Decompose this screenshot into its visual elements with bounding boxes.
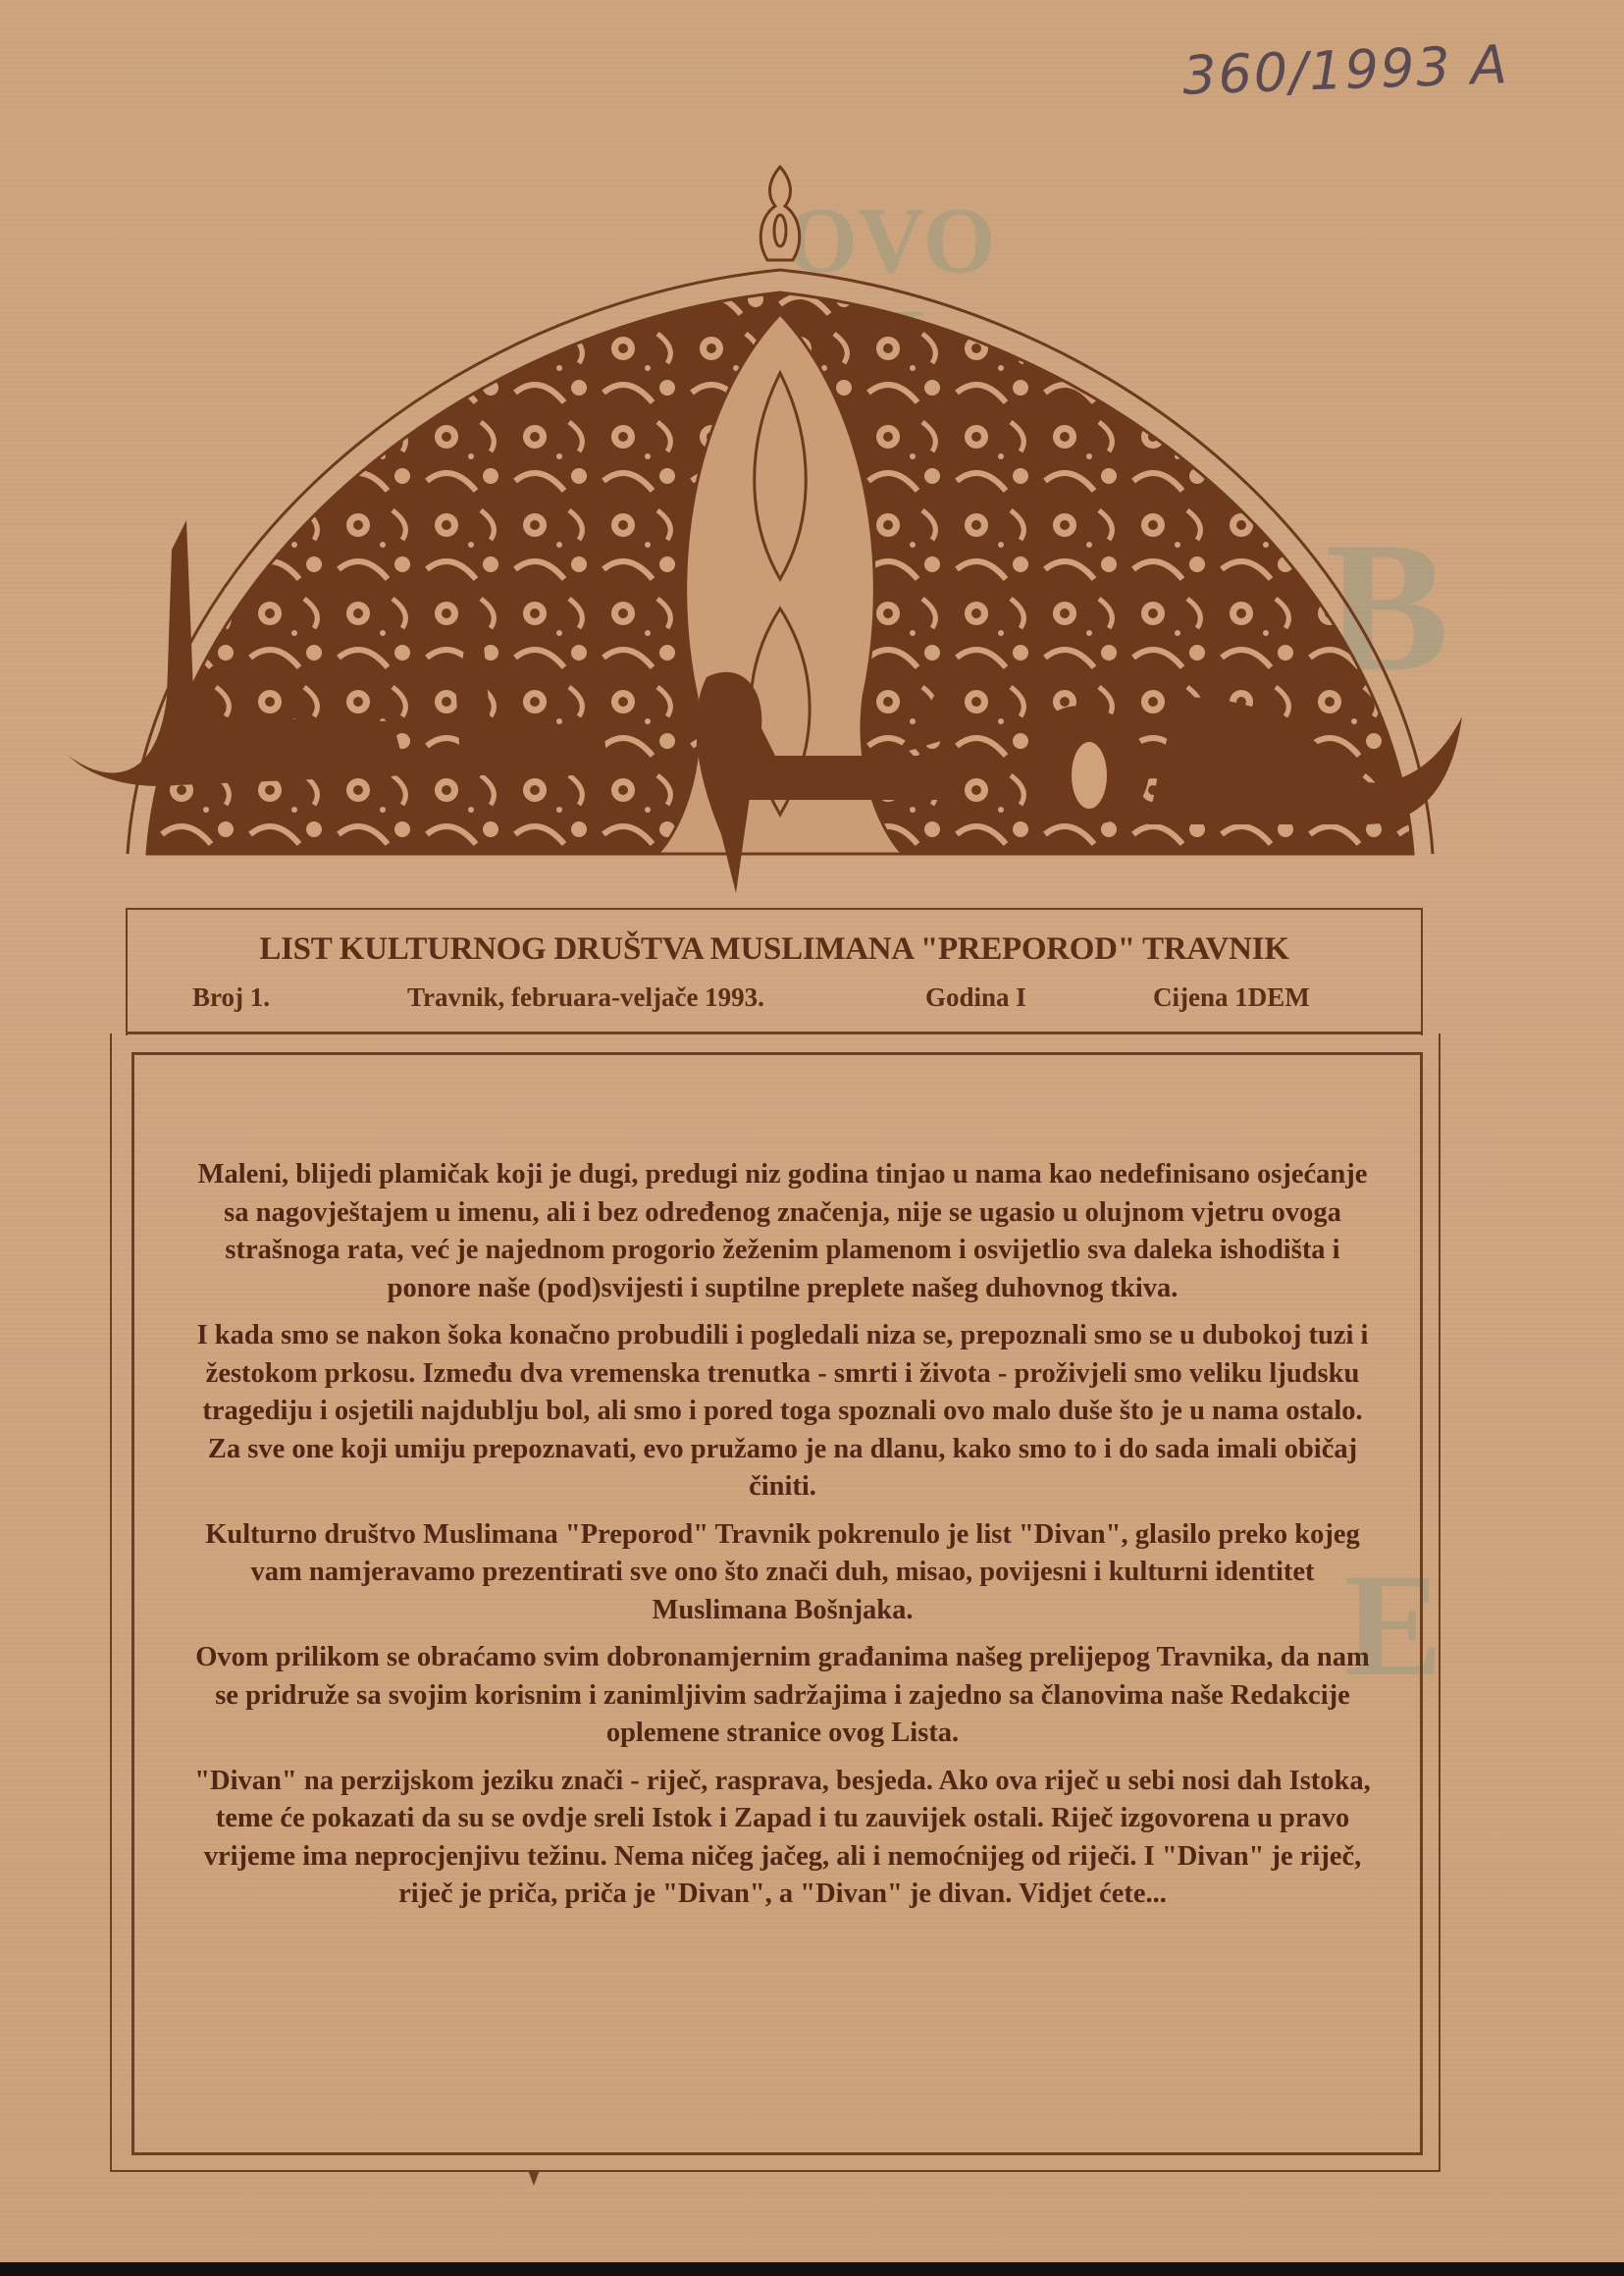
- issue-number: Broj 1.: [192, 982, 270, 1013]
- divan-calligraphic-logo: [69, 147, 1511, 913]
- editorial-paragraph: "Divan" na perzijskom jeziku znači - rij…: [186, 1763, 1379, 1914]
- archive-handwritten-note: 360/1993 A: [1181, 33, 1510, 107]
- editorial-paragraph: I kada smo se nakon šoka konačno probudi…: [186, 1317, 1379, 1507]
- ornamental-arch-icon: [69, 147, 1511, 913]
- editorial-paragraph: Maleni, blijedi plamičak koji je dugi, p…: [186, 1156, 1379, 1307]
- editorial-paragraph: Kulturno društvo Muslimana "Preporod" Tr…: [186, 1516, 1379, 1630]
- issue-year: Godina I: [925, 982, 1026, 1013]
- scan-bottom-edge: [0, 2262, 1624, 2276]
- editorial-paragraph: Ovom prilikom se obraćamo svim dobronamj…: [186, 1639, 1379, 1753]
- editorial-text: Maleni, blijedi plamičak koji je dugi, p…: [186, 1156, 1379, 1924]
- masthead-banner: LIST KULTURNOG DRUŠTVA MUSLIMANA "PREPOR…: [126, 908, 1423, 1035]
- issue-price: Cijena 1DEM: [1153, 982, 1310, 1013]
- frame-notch: [528, 2170, 540, 2186]
- publication-subtitle: LIST KULTURNOG DRUŠTVA MUSLIMANA "PREPOR…: [128, 931, 1421, 968]
- issue-place-date: Travnik, februara-veljače 1993.: [407, 982, 764, 1013]
